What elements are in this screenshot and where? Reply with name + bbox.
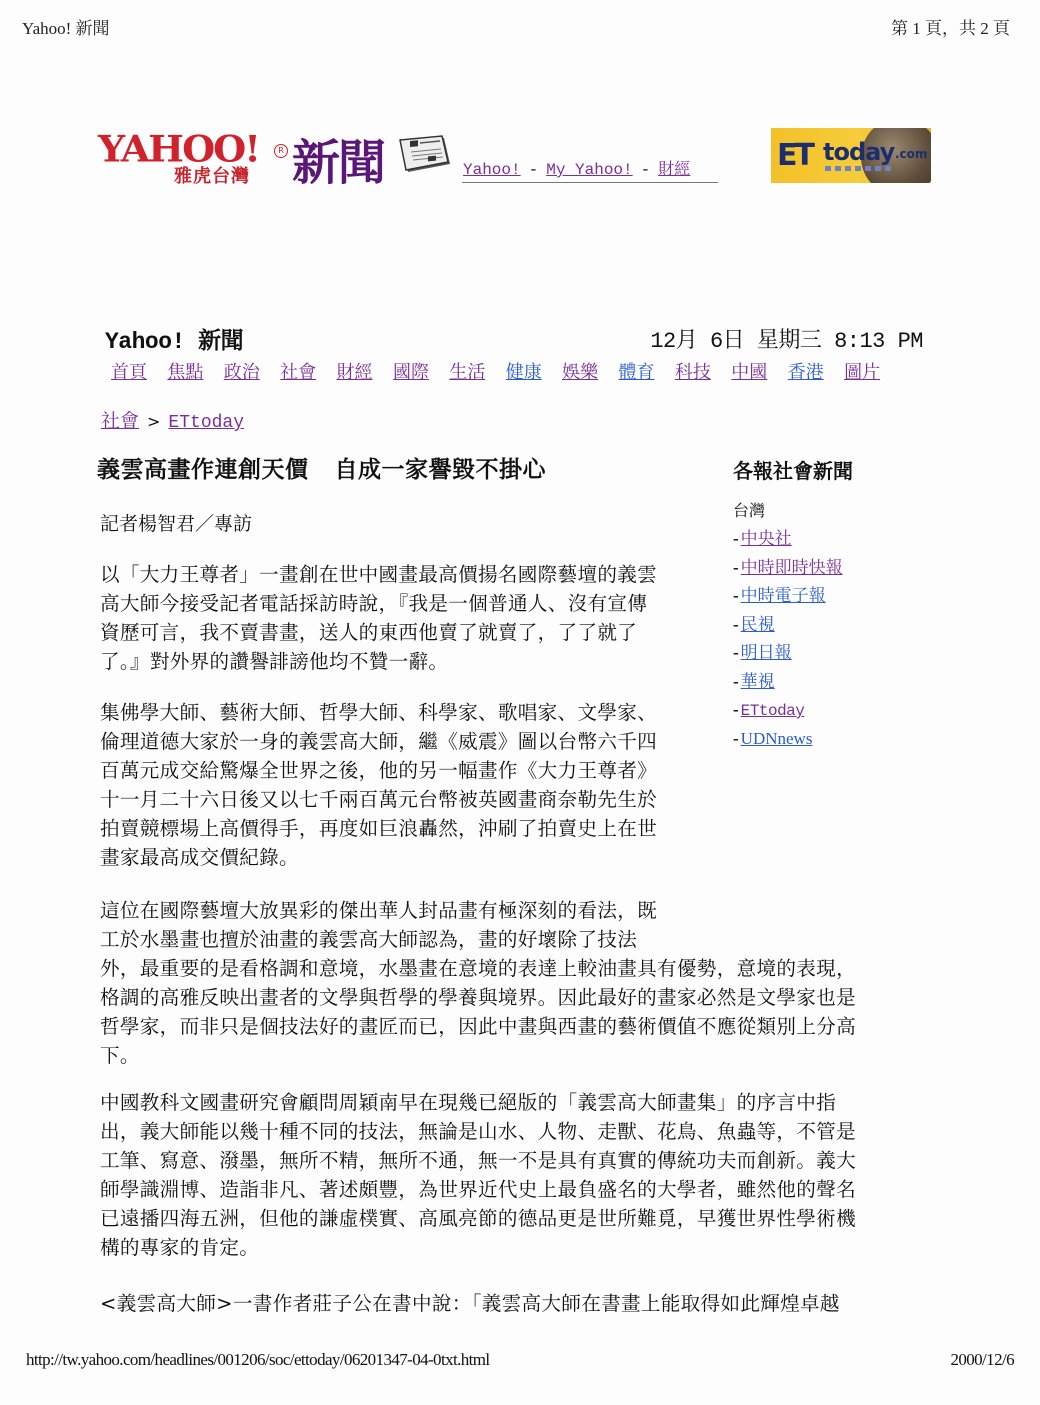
top-link-separator: - (529, 161, 539, 179)
top-link-finance[interactable]: 財經 (658, 161, 690, 179)
sidebar-region-label: 台灣 (733, 498, 933, 521)
site-title-latin: Yahoo! (105, 329, 185, 355)
nav-sports[interactable]: 體育 (619, 358, 655, 384)
article-paragraph: 這位在國際藝壇大放異彩的傑出華人封品畫有極深刻的看法，既 工於水墨畫也擅於油畫的… (100, 896, 950, 1070)
site-title: Yahoo! 新聞 (105, 322, 243, 355)
nav-international[interactable]: 國際 (393, 358, 429, 384)
nav-entertainment[interactable]: 娛樂 (562, 358, 598, 384)
article-headline: 義雲高畫作連創天價自成一家譽毀不掛心 (97, 451, 546, 484)
sidebar-link-tomorrow[interactable]: 明日報 (741, 643, 792, 662)
newspaper-icon (398, 134, 452, 176)
bullet: - (733, 586, 739, 605)
nav-hongkong[interactable]: 香港 (788, 358, 824, 384)
bullet: - (733, 700, 739, 719)
date-time: 12月 6日 星期三 8:13 PM (650, 323, 923, 354)
top-link-my-yahoo[interactable]: My Yahoo! (546, 161, 632, 179)
site-title-zh: 新聞 (198, 327, 243, 354)
related-news-sidebar: 各報社會新聞 台灣 -中央社 -中時即時快報 -中時電子報 -民視 -明日報 -… (733, 455, 933, 753)
ettoday-logo-bar (825, 166, 895, 171)
ettoday-logo-today: today (823, 138, 894, 166)
print-footer-date: 2000/12/6 (950, 1350, 1014, 1370)
breadcrumb-section[interactable]: 社會 (101, 411, 139, 432)
bullet: - (733, 729, 739, 748)
sidebar-title: 各報社會新聞 (733, 455, 933, 484)
registered-mark-icon: R (274, 144, 288, 158)
nav-photos[interactable]: 圖片 (844, 358, 880, 384)
sidebar-link-udnnews[interactable]: UDNnews (741, 729, 813, 748)
nav-china[interactable]: 中國 (731, 358, 767, 384)
sidebar-link-cts[interactable]: 華視 (741, 672, 775, 691)
nav-home[interactable]: 首頁 (111, 358, 147, 384)
sidebar-link-chinatimes-e[interactable]: 中時電子報 (741, 586, 826, 605)
print-page-number: 第 1 頁，共 2 頁 (891, 14, 1010, 39)
breadcrumb-separator: > (147, 412, 160, 431)
yahoo-taiwan-logo[interactable]: YAHOO! R 雅虎台灣 (98, 126, 288, 192)
article-paragraph: 以「大力王尊者」一畫創在世中國畫最高價揚名國際藝壇的義雲 高大師今接受記者電話採… (100, 560, 730, 676)
article-paragraph: 中國教科文國畫研究會顧問周穎南早在現幾已絕版的「義雲高大師畫集」的序言中指 出，… (100, 1088, 950, 1262)
nav-politics[interactable]: 政治 (224, 358, 260, 384)
nav-health[interactable]: 健康 (506, 358, 542, 384)
list-item: -明日報 (733, 639, 933, 668)
divider (462, 182, 718, 183)
article-paragraph: 集佛學大師、藝術大師、哲學大師、科學家、歌唱家、文學家、 倫理道德大家於一身的義… (100, 698, 730, 872)
article-byline: 記者楊智君／專訪 (100, 509, 252, 536)
print-header-title: Yahoo! 新聞 (22, 14, 110, 39)
bullet: - (733, 615, 739, 634)
article-paragraph: <義雲高大師>一書作者莊子公在書中說：「義雲高大師在書畫上能取得如此輝煌卓越 (100, 1289, 950, 1318)
sidebar-link-cna[interactable]: 中央社 (741, 529, 792, 548)
nav-life[interactable]: 生活 (449, 358, 485, 384)
bullet: - (733, 643, 739, 662)
list-item: -中時即時快報 (733, 554, 933, 583)
yahoo-logo-subtitle: 雅虎台灣 (174, 162, 250, 188)
ettoday-logo[interactable]: ET today .com (771, 128, 931, 183)
list-item: -中央社 (733, 525, 933, 554)
top-link-yahoo[interactable]: Yahoo! (463, 161, 521, 179)
category-nav: 首頁 焦點 政治 社會 財經 國際 生活 健康 娛樂 體育 科技 中國 香港 圖… (111, 358, 900, 384)
bullet: - (733, 529, 739, 548)
nav-society[interactable]: 社會 (280, 358, 316, 384)
nav-finance[interactable]: 財經 (337, 358, 373, 384)
ettoday-logo-et: ET (777, 138, 812, 173)
news-logo[interactable]: 新聞 (292, 124, 384, 193)
list-item: -華視 (733, 668, 933, 697)
bullet: - (733, 672, 739, 691)
breadcrumb-source[interactable]: ETtoday (168, 413, 244, 433)
bullet: - (733, 558, 739, 577)
headline-part-1: 義雲高畫作連創天價 (97, 457, 309, 483)
print-footer-url: http://tw.yahoo.com/headlines/001206/soc… (26, 1350, 490, 1370)
breadcrumb: 社會>ETtoday (101, 406, 244, 433)
sidebar-link-ettoday[interactable]: ETtoday (741, 702, 805, 720)
list-item: -ETtoday (733, 696, 933, 725)
sidebar-link-list: -中央社 -中時即時快報 -中時電子報 -民視 -明日報 -華視 -ETtoda… (733, 525, 933, 753)
top-links: Yahoo!-My Yahoo!-財經 (463, 156, 690, 179)
list-item: -民視 (733, 611, 933, 640)
nav-technology[interactable]: 科技 (675, 358, 711, 384)
sidebar-link-chinatimes-instant[interactable]: 中時即時快報 (741, 558, 843, 577)
list-item: -中時電子報 (733, 582, 933, 611)
headline-part-2: 自成一家譽毀不掛心 (335, 457, 547, 483)
top-link-separator: - (641, 161, 651, 179)
nav-focus[interactable]: 焦點 (167, 358, 203, 384)
list-item: -UDNnews (733, 725, 933, 754)
ettoday-logo-com: .com (895, 147, 927, 161)
sidebar-link-ftv[interactable]: 民視 (741, 615, 775, 634)
